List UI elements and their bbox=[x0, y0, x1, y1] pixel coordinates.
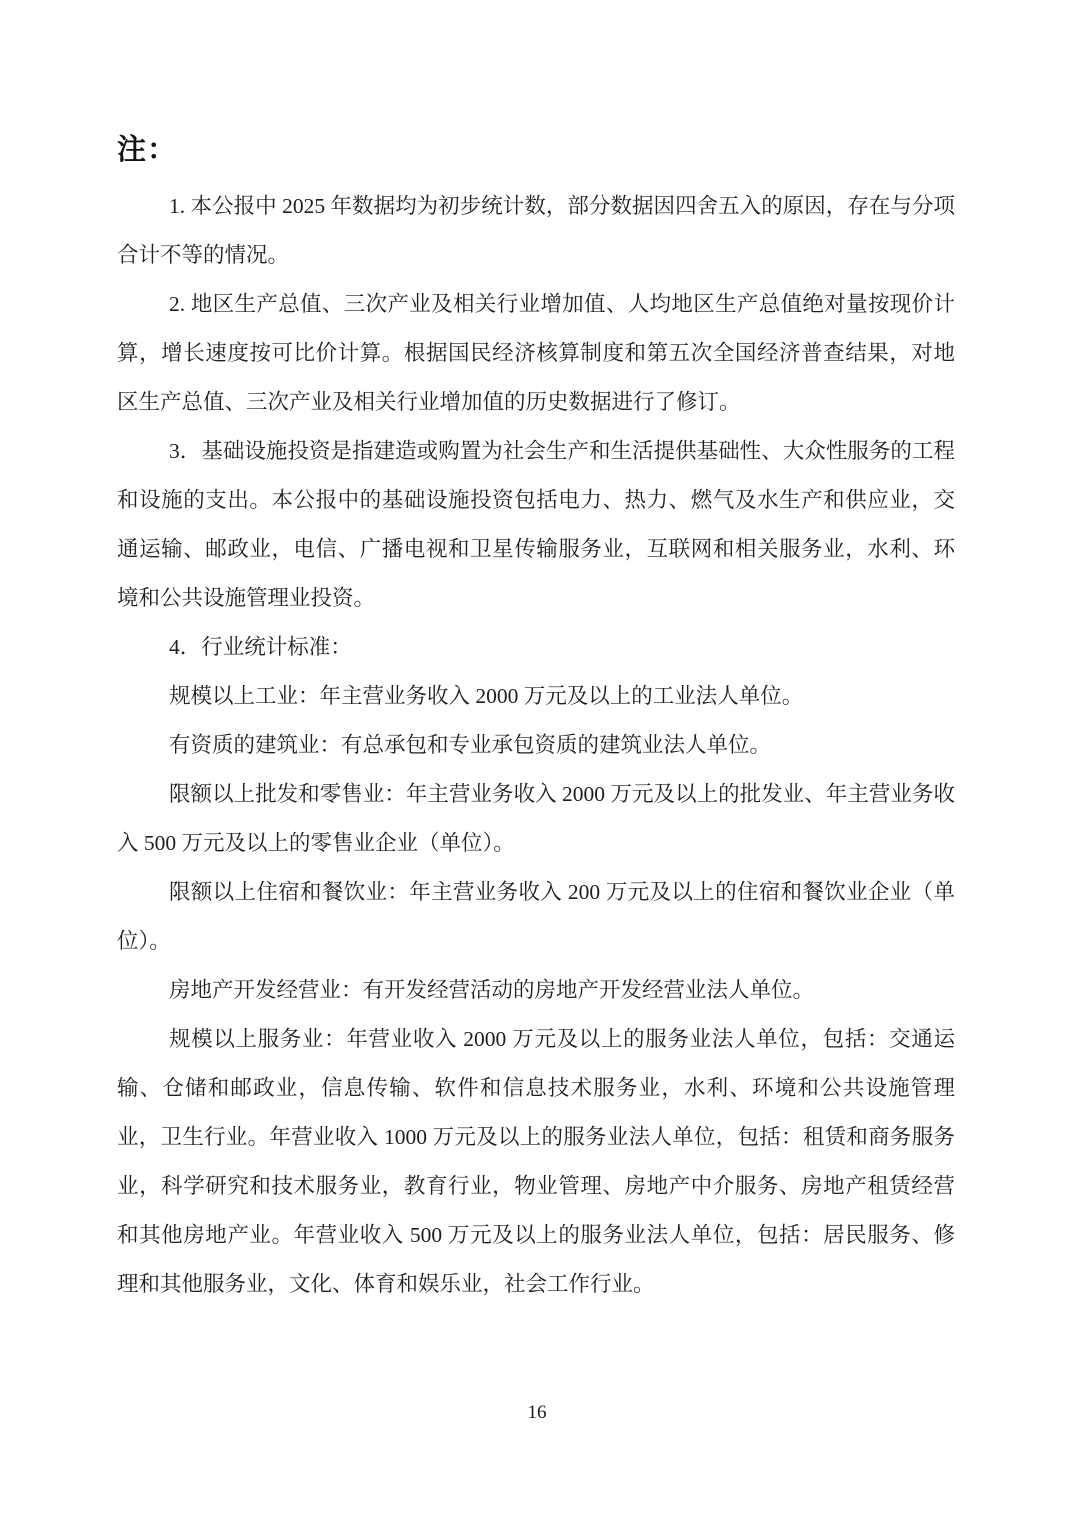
note-paragraph-5: 规模以上工业：年主营业务收入 2000 万元及以上的工业法人单位。 bbox=[117, 672, 955, 721]
note-paragraph-7: 限额以上批发和零售业：年主营业务收入 2000 万元及以上的批发业、年主营业务收… bbox=[117, 770, 955, 868]
document-page: 注： 1. 本公报中 2025 年数据均为初步统计数，部分数据因四舍五入的原因，… bbox=[0, 0, 1074, 1520]
notes-section: 注： 1. 本公报中 2025 年数据均为初步统计数，部分数据因四舍五入的原因，… bbox=[0, 0, 1074, 1309]
notes-heading: 注： bbox=[117, 131, 955, 170]
note-paragraph-2: 2. 地区生产总值、三次产业及相关行业增加值、人均地区生产总值绝对量按现价计算，… bbox=[117, 280, 955, 427]
note-paragraph-9: 房地产开发经营业：有开发经营活动的房地产开发经营业法人单位。 bbox=[117, 966, 955, 1015]
note-paragraph-8: 限额以上住宿和餐饮业：年主营业务收入 200 万元及以上的住宿和餐饮业企业（单位… bbox=[117, 868, 955, 966]
note-paragraph-3: 3．基础设施投资是指建造或购置为社会生产和生活提供基础性、大众性服务的工程和设施… bbox=[117, 427, 955, 623]
note-paragraph-1: 1. 本公报中 2025 年数据均为初步统计数，部分数据因四舍五入的原因，存在与… bbox=[117, 182, 955, 280]
note-paragraph-4: 4．行业统计标准： bbox=[117, 623, 955, 672]
page-number: 16 bbox=[0, 1402, 1074, 1424]
note-paragraph-10: 规模以上服务业：年营业收入 2000 万元及以上的服务业法人单位，包括：交通运输… bbox=[117, 1015, 955, 1309]
note-paragraph-6: 有资质的建筑业：有总承包和专业承包资质的建筑业法人单位。 bbox=[117, 721, 955, 770]
